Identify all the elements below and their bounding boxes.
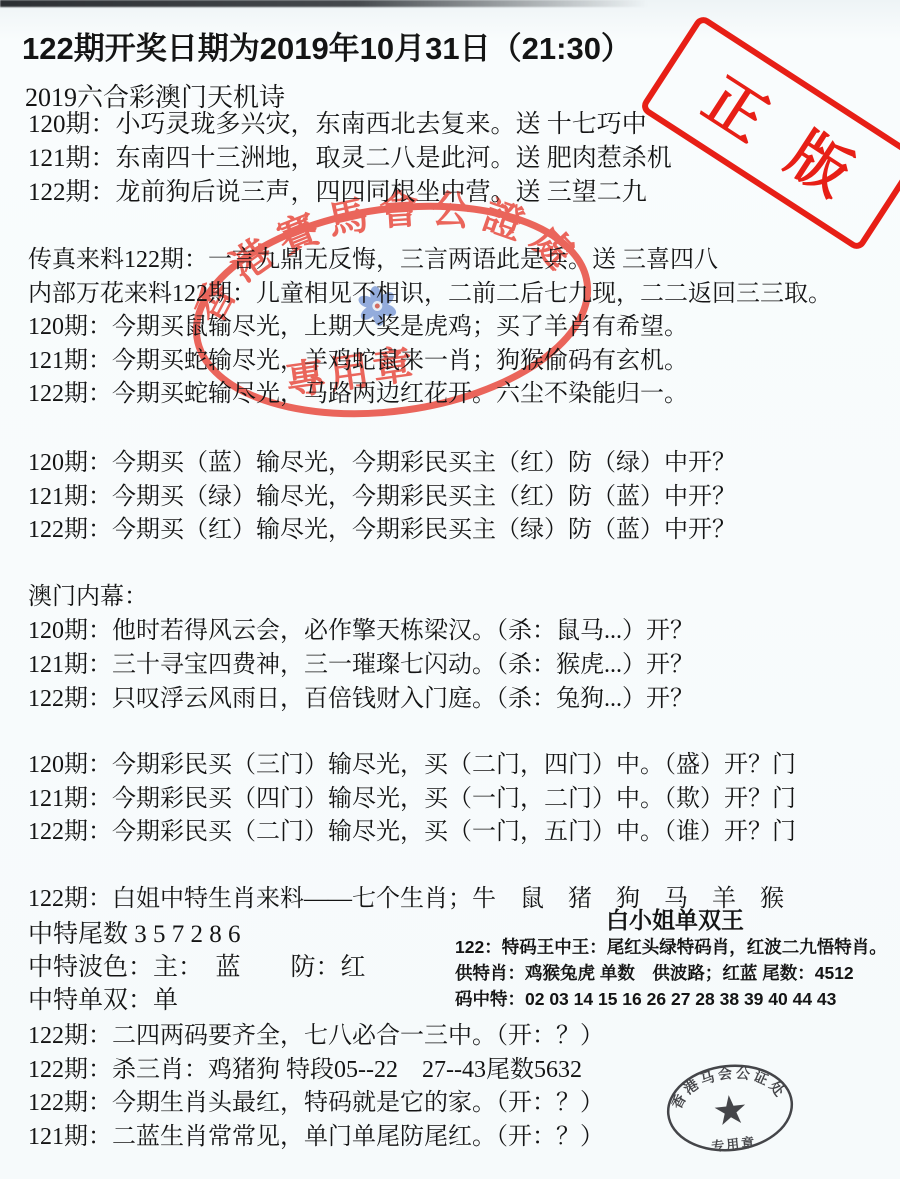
- color-pick-line: 120期：今期买（蓝）输尽光，今期彩民买主（红）防（绿）中开？: [28, 447, 736, 481]
- fax-line: 120期：今期买鼠输尽光，上期大奖是虎鸡；买了羊肖有希望。: [28, 311, 832, 345]
- poem-section: 120期：小巧灵珑多兴灾，东南西北去复来。送 十七巧中 121期：东南四十三洲地…: [28, 108, 672, 210]
- bottom-tip-line: 122期：二四两码要齐全，七八必合一三中。（开：？）: [28, 1020, 604, 1054]
- poem-line: 121期：东南四十三洲地，取灵二八是此河。送 肥肉惹杀机: [28, 142, 672, 176]
- odd-even-line: 中特单双：单: [28, 984, 366, 1017]
- tail-numbers-line: 中特尾数 3 5 7 2 8 6: [28, 918, 366, 951]
- baijie-right-column: 白小姐单双王 122：特码王中王：尾红头绿特码肖，红波二九悟特肖。 供特肖：鸡猴…: [455, 906, 895, 1012]
- code-numbers-line: 码中特：02 03 14 15 16 26 27 28 38 39 40 44 …: [455, 986, 895, 1012]
- black-notary-seal: 香港马会公证处 ★ 专用章: [660, 1058, 800, 1158]
- page-title: 122期开奖日期为2019年10月31日（21:30）: [22, 30, 632, 67]
- black-seal-bottom-text: 专用章: [711, 1134, 757, 1154]
- bottom-tip-line: 122期：今期生肖头最红，特码就是它的家。（开：？）: [28, 1087, 604, 1121]
- macau-insider-line: 120期：他时若得风云会，必作擎天栋梁汉。（杀：鼠马...）开？: [28, 614, 694, 648]
- zodiac-supply-line: 供特肖：鸡猴兔虎 单数 供波路；红蓝 尾数：4512: [455, 960, 895, 986]
- genuine-stamp-label: 正版: [689, 53, 900, 234]
- macau-insider-heading: 澳门内幕：: [28, 580, 694, 614]
- poem-line: 122期：龙前狗后说三声，四四同根坐中营。送 三望二九: [28, 176, 672, 210]
- macau-insider-line: 122期：只叹浮云风雨日，百倍钱财入门庭。（杀：兔狗...）开？: [28, 682, 694, 716]
- door-pick-line: 121期：今期彩民买（四门）输尽光，买（一门，二门）中。（欺）开？门: [28, 783, 796, 817]
- baijie-left-column: 中特尾数 3 5 7 2 8 6 中特波色：主： 蓝 防：红 中特单双：单: [28, 918, 366, 1017]
- color-pick-line: 121期：今期买（绿）输尽光，今期彩民买主（红）防（蓝）中开？: [28, 481, 736, 515]
- wave-color-line: 中特波色：主： 蓝 防：红: [28, 951, 366, 984]
- bottom-tip-line: 121期：二蓝生肖常常见，单门单尾防尾红。（开：？）: [28, 1121, 604, 1155]
- color-pick-line: 122期：今期买（红）输尽光，今期彩民买主（绿）防（蓝）中开？: [28, 514, 736, 548]
- fax-line: 传真来料122期：一言九鼎无反悔，三言两语此是兵。送 三喜四八: [28, 244, 832, 278]
- fax-line: 内部万花来料122期：儿童相见不相识，二前二后七九现，二二返回三三取。: [28, 278, 832, 312]
- door-pick-line: 120期：今期彩民买（三门）输尽光，买（二门，四门）中。（盛）开？门: [28, 749, 796, 783]
- lottery-tip-sheet: 香港賽馬會公證處 專用章 正版 122期开奖日期为2019年10月31日（21:…: [0, 0, 900, 1179]
- color-pick-section: 120期：今期买（蓝）输尽光，今期彩民买主（红）防（绿）中开？ 121期：今期买…: [28, 447, 736, 548]
- genuine-stamp: 正版: [638, 13, 900, 252]
- door-pick-section: 120期：今期彩民买（三门）输尽光，买（二门，四门）中。（盛）开？门 121期：…: [28, 749, 796, 850]
- bottom-tip-line: 122期：杀三肖：鸡猪狗 特段05--22 27--43尾数5632: [28, 1054, 604, 1088]
- door-pick-line: 122期：今期彩民买（二门）输尽光，买（一门，五门）中。（谁）开？门: [28, 816, 796, 850]
- scan-edge-shadow: [0, 0, 648, 7]
- fax-line: 122期：今期买蛇输尽光，马路两边红花开。六尘不染能归一。: [28, 378, 832, 412]
- special-code-line: 122：特码王中王：尾红头绿特码肖，红波二九悟特肖。: [455, 934, 895, 960]
- macau-insider-line: 121期：三十寻宝四费神，三一璀璨七闪动。（杀：猴虎...）开？: [28, 648, 694, 682]
- poem-line: 120期：小巧灵珑多兴灾，东南西北去复来。送 十七巧中: [28, 108, 672, 142]
- macau-insider-section: 澳门内幕： 120期：他时若得风云会，必作擎天栋梁汉。（杀：鼠马...）开？ 1…: [28, 580, 694, 716]
- bottom-tip-section: 122期：二四两码要齐全，七八必合一三中。（开：？） 122期：杀三肖：鸡猪狗 …: [28, 1020, 604, 1154]
- miss-bai-header: 白小姐单双王: [455, 906, 895, 934]
- star-icon: ★: [710, 1086, 750, 1135]
- fax-line: 121期：今期买蛇输尽光，羊鸡蛇鼠来一肖；狗猴偷码有玄机。: [28, 345, 832, 379]
- fax-section: 传真来料122期：一言九鼎无反悔，三言两语此是兵。送 三喜四八 内部万花来料12…: [28, 244, 832, 412]
